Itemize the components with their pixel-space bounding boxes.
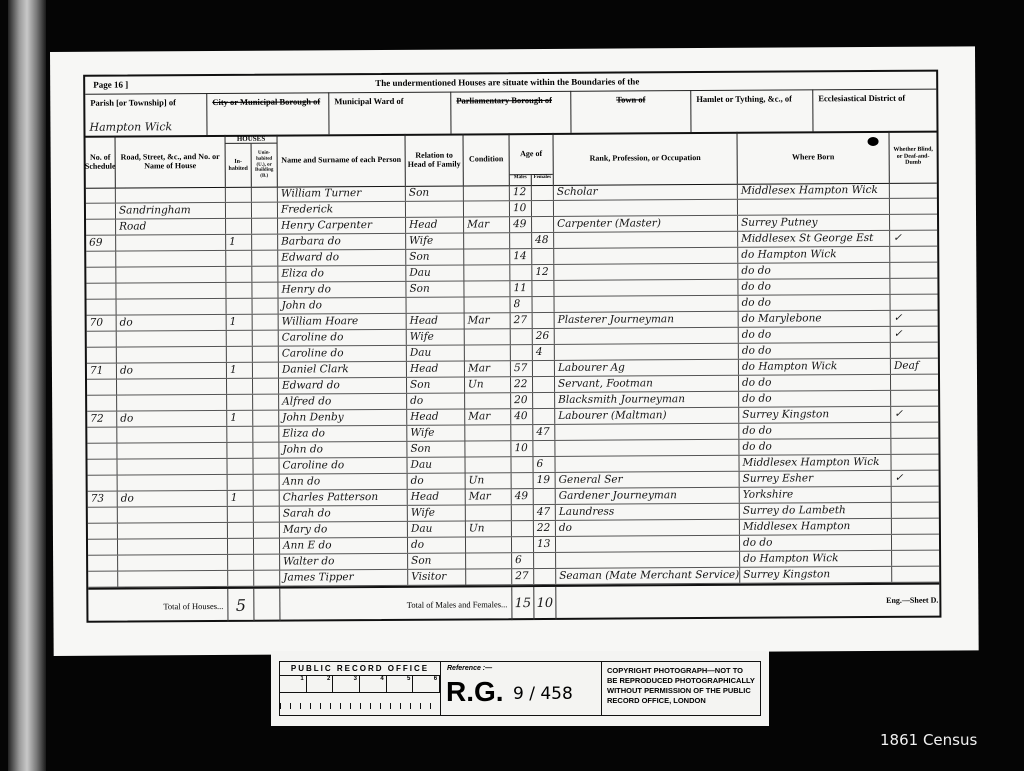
cell-where-born: do do xyxy=(738,263,890,279)
cell-females xyxy=(532,217,554,232)
header-uninhabited: Unin-habited (U.), or Building (B.) xyxy=(252,144,277,187)
cell-road: do xyxy=(118,491,228,507)
header-condition: Condition xyxy=(464,133,510,185)
cell-uninhabited xyxy=(252,203,278,218)
cell-where-born: do Marylebone xyxy=(739,311,891,327)
cell-condition xyxy=(464,249,510,264)
cell-males: 10 xyxy=(510,201,532,216)
cell-males xyxy=(510,233,532,248)
cell-relation: Wife xyxy=(406,233,464,248)
cell-name: Walter do xyxy=(280,554,408,570)
cell-uninhabited xyxy=(253,347,279,362)
cell-blind-deaf xyxy=(890,183,937,198)
cell-relation: Dau xyxy=(407,345,465,360)
cell-inhabited xyxy=(228,539,254,554)
cell-road: do xyxy=(117,411,227,427)
sheet-mark: Eng.—Sheet D. xyxy=(886,596,938,605)
cell-relation: Son xyxy=(406,281,464,296)
cell-relation: Son xyxy=(406,185,464,200)
cell-where-born: Yorkshire xyxy=(740,487,892,503)
cell-uninhabited xyxy=(254,507,280,522)
cell-occupation xyxy=(556,552,740,568)
cell-road xyxy=(117,427,227,443)
cell-condition xyxy=(464,281,510,296)
cell-males xyxy=(511,457,533,472)
cell-occupation: Plasterer Journeyman xyxy=(555,312,739,328)
cell-uninhabited xyxy=(253,299,279,314)
cell-uninhabited xyxy=(254,475,280,490)
cell-relation: Son xyxy=(407,441,465,456)
ink-blot-icon xyxy=(868,137,879,146)
cell-males: 49 xyxy=(510,217,532,232)
cell-blind-deaf xyxy=(890,247,937,262)
cell-occupation xyxy=(554,248,738,264)
cell-name: James Tipper xyxy=(280,570,408,586)
cell-road xyxy=(116,251,226,267)
cell-relation: Son xyxy=(406,249,464,264)
cell-condition xyxy=(464,233,510,248)
cell-condition: Mar xyxy=(465,313,511,328)
cell-females: 47 xyxy=(534,505,556,520)
cell-inhabited xyxy=(228,571,254,586)
cell-road xyxy=(118,475,228,491)
cell-occupation: General Ser xyxy=(556,472,740,488)
cell-uninhabited xyxy=(254,523,280,538)
total-persons-label: Total of Males and Females... xyxy=(280,587,512,621)
cell-occupation: Laundress xyxy=(556,504,740,520)
cell-females xyxy=(534,569,556,584)
cell-schedule: 72 xyxy=(87,412,117,427)
cell-females xyxy=(533,441,555,456)
page-number: Page 16 ] xyxy=(93,80,128,90)
cell-relation: Dau xyxy=(407,457,465,472)
header-schedule: No. of Schedule xyxy=(86,136,116,188)
cell-road xyxy=(116,187,226,203)
cell-schedule xyxy=(86,204,116,219)
cell-road xyxy=(117,347,227,363)
cell-relation: Wife xyxy=(407,425,465,440)
cell-inhabited: 1 xyxy=(227,363,253,378)
cell-where-born: do do xyxy=(739,423,891,439)
cell-inhabited xyxy=(227,299,253,314)
location-ward: Municipal Ward of xyxy=(329,92,451,135)
cell-inhabited: 1 xyxy=(227,315,253,330)
cell-blind-deaf xyxy=(890,215,937,230)
cell-females: 48 xyxy=(532,233,554,248)
cell-blind-deaf xyxy=(892,503,939,518)
cell-occupation xyxy=(555,424,739,440)
cell-occupation xyxy=(555,344,739,360)
cell-relation: Head xyxy=(406,217,464,232)
cell-uninhabited xyxy=(253,395,279,410)
cell-males: 27 xyxy=(512,569,534,584)
cell-condition: Un xyxy=(466,473,512,488)
cell-where-born: Surrey Kingston xyxy=(739,407,891,423)
cell-females: 13 xyxy=(534,537,556,552)
cell-blind-deaf xyxy=(890,279,937,294)
cell-females: 19 xyxy=(534,473,556,488)
cell-schedule xyxy=(87,380,117,395)
location-parish: Parish [or Township] of Hampton Wick xyxy=(85,93,207,136)
cell-condition: Mar xyxy=(465,409,511,424)
census-entries: William TurnerSon12ScholarMiddlesex Hamp… xyxy=(86,183,939,588)
cell-females: 26 xyxy=(533,329,555,344)
cell-inhabited xyxy=(227,395,253,410)
cell-road: do xyxy=(117,315,227,331)
cell-relation: Visitor xyxy=(408,569,466,584)
cell-blind-deaf: Deaf xyxy=(891,359,938,374)
cell-relation: do xyxy=(407,393,465,408)
cell-females: 47 xyxy=(533,425,555,440)
census-form: Page 16 ] The undermentioned Houses are … xyxy=(83,70,941,623)
cell-name: Barbara do xyxy=(278,234,406,250)
cell-where-born: do do xyxy=(738,279,890,295)
cell-schedule: 69 xyxy=(86,236,116,251)
cell-males: 27 xyxy=(511,313,533,328)
cell-name: William Hoare xyxy=(279,314,407,330)
header-where-born: Where Born xyxy=(738,131,890,184)
cell-blind-deaf xyxy=(891,375,938,390)
header-males: Males xyxy=(510,175,532,185)
cell-uninhabited xyxy=(254,571,280,586)
cell-uninhabited xyxy=(253,411,279,426)
cell-females xyxy=(533,377,555,392)
cell-condition: Mar xyxy=(465,361,511,376)
copyright-notice: COPYRIGHT PHOTOGRAPH—NOT TO BE REPRODUCE… xyxy=(602,662,760,715)
cell-blind-deaf xyxy=(891,439,938,454)
cell-occupation: Seaman (Mate Merchant Service) xyxy=(556,568,740,584)
cell-name: William Turner xyxy=(278,186,406,202)
cell-occupation: Labourer (Maltman) xyxy=(555,408,739,424)
cell-relation: Dau xyxy=(406,265,464,280)
cell-uninhabited xyxy=(253,363,279,378)
cell-name: Mary do xyxy=(280,522,408,538)
cell-occupation: Gardener Journeyman xyxy=(556,488,740,504)
cell-where-born: Surrey Putney xyxy=(738,215,890,231)
ruler-scale: 1 2 3 4 5 6 xyxy=(280,675,440,693)
cell-where-born: Middlesex Hampton xyxy=(740,519,892,535)
cell-males: 20 xyxy=(511,393,533,408)
cell-inhabited xyxy=(226,203,252,218)
cell-occupation xyxy=(555,440,739,456)
cell-name: Edward do xyxy=(279,378,407,394)
cell-name: Alfred do xyxy=(279,394,407,410)
cell-name: Caroline do xyxy=(279,346,407,362)
cell-condition xyxy=(466,505,512,520)
cell-females: 4 xyxy=(533,345,555,360)
cell-blind-deaf xyxy=(891,455,938,470)
cell-occupation xyxy=(554,280,738,296)
cell-name: Caroline do xyxy=(279,458,407,474)
cell-where-born: do Hampton Wick xyxy=(740,551,892,567)
cell-where-born xyxy=(738,199,890,215)
cell-occupation xyxy=(554,232,738,248)
cell-uninhabited xyxy=(254,539,280,554)
pro-reference-label: PUBLIC RECORD OFFICE 1 2 3 4 5 6 Referen… xyxy=(271,651,769,726)
cell-where-born: do do xyxy=(739,439,891,455)
cell-males xyxy=(512,521,534,536)
cell-occupation: Servant, Footman xyxy=(555,376,739,392)
cell-inhabited xyxy=(228,555,254,570)
ruler-ticks xyxy=(280,693,440,709)
reference-prefix: R.G. xyxy=(446,676,504,708)
cell-schedule xyxy=(87,332,117,347)
header-houses: HOUSES In-habited Unin-habited (U.), or … xyxy=(226,135,278,187)
cell-blind-deaf xyxy=(891,423,938,438)
cell-name: Ann do xyxy=(280,474,408,490)
cell-relation: Head xyxy=(407,313,465,328)
header-road: Road, Street, &c., and No. or Name of Ho… xyxy=(116,135,226,188)
cell-where-born: do do xyxy=(740,535,892,551)
cell-schedule xyxy=(88,572,118,587)
location-hamlet: Hamlet or Tything, &c., of xyxy=(691,89,813,132)
cell-relation: Wife xyxy=(407,329,465,344)
cell-blind-deaf: ✓ xyxy=(891,311,938,326)
cell-males: 11 xyxy=(510,281,532,296)
cell-inhabited xyxy=(226,251,252,266)
cell-schedule xyxy=(87,444,117,459)
cell-inhabited xyxy=(226,187,252,202)
cell-blind-deaf xyxy=(892,551,939,566)
cell-blind-deaf: ✓ xyxy=(892,471,939,486)
cell-inhabited xyxy=(226,219,252,234)
cell-occupation: Scholar xyxy=(554,184,738,200)
cell-name: Henry Carpenter xyxy=(278,218,406,234)
cell-road xyxy=(117,299,227,315)
cell-where-born: Surrey do Lambeth xyxy=(740,503,892,519)
cell-condition xyxy=(466,553,512,568)
cell-schedule xyxy=(88,476,118,491)
cell-relation: Son xyxy=(408,553,466,568)
cell-inhabited: 1 xyxy=(227,411,253,426)
cell-males: 12 xyxy=(510,185,532,200)
cell-males xyxy=(511,425,533,440)
cell-schedule: 73 xyxy=(88,492,118,507)
cell-females xyxy=(533,313,555,328)
location-town: Town of xyxy=(571,90,691,133)
cell-occupation xyxy=(554,264,738,280)
cell-blind-deaf xyxy=(891,343,938,358)
parish-value: Hampton Wick xyxy=(89,120,172,134)
cell-blind-deaf: ✓ xyxy=(891,407,938,422)
cell-males: 8 xyxy=(511,297,533,312)
cell-males: 22 xyxy=(511,377,533,392)
cell-males xyxy=(512,537,534,552)
cell-relation: do xyxy=(408,473,466,488)
location-ecclesiastical: Ecclesiastical District of xyxy=(813,89,936,132)
cell-inhabited xyxy=(228,507,254,522)
cell-females: 22 xyxy=(534,521,556,536)
cell-blind-deaf: ✓ xyxy=(891,327,938,342)
cell-road xyxy=(117,443,227,459)
cell-name: Eliza do xyxy=(278,266,406,282)
cell-blind-deaf xyxy=(890,199,937,214)
cell-uninhabited xyxy=(253,427,279,442)
cell-relation: Dau xyxy=(408,521,466,536)
cell-occupation: do xyxy=(556,520,740,536)
cell-schedule xyxy=(88,524,118,539)
cell-inhabited xyxy=(226,283,252,298)
cell-road xyxy=(117,459,227,475)
cell-females xyxy=(533,297,555,312)
cell-males xyxy=(511,345,533,360)
cell-uninhabited xyxy=(252,283,278,298)
cell-condition: Un xyxy=(465,377,511,392)
cell-females xyxy=(534,489,556,504)
cell-name: John do xyxy=(279,298,407,314)
cell-condition xyxy=(464,265,510,280)
cell-inhabited xyxy=(227,347,253,362)
cell-where-born: do do xyxy=(739,391,891,407)
cell-where-born: do do xyxy=(739,375,891,391)
cell-relation xyxy=(406,201,464,216)
film-edge-strip xyxy=(8,0,46,771)
cell-females xyxy=(533,409,555,424)
cell-where-born: Middlesex Hampton Wick xyxy=(739,455,891,471)
cell-relation: do xyxy=(408,537,466,552)
cell-name: Daniel Clark xyxy=(279,362,407,378)
cell-schedule xyxy=(87,396,117,411)
cell-condition xyxy=(466,569,512,584)
ruler: PUBLIC RECORD OFFICE 1 2 3 4 5 6 xyxy=(280,662,441,715)
cell-blind-deaf xyxy=(891,391,938,406)
cell-condition xyxy=(464,185,510,200)
cell-relation: Head xyxy=(408,489,466,504)
census-sheet: Page 16 ] The undermentioned Houses are … xyxy=(50,46,979,656)
cell-condition xyxy=(466,537,512,552)
cell-schedule xyxy=(88,540,118,555)
cell-males: 10 xyxy=(511,441,533,456)
cell-condition xyxy=(464,201,510,216)
cell-inhabited xyxy=(227,379,253,394)
reference-label: Reference :— xyxy=(447,665,492,672)
cell-inhabited: 1 xyxy=(228,491,254,506)
cell-condition xyxy=(465,393,511,408)
header-age: Age of Males Females xyxy=(510,133,554,185)
cell-relation: Wife xyxy=(408,505,466,520)
cell-condition xyxy=(465,329,511,344)
cell-females: 6 xyxy=(533,457,555,472)
cell-females xyxy=(533,361,555,376)
cell-males: 40 xyxy=(511,409,533,424)
cell-name: Charles Patterson xyxy=(280,490,408,506)
cell-blind-deaf xyxy=(890,295,937,310)
cell-road xyxy=(116,283,226,299)
cell-males xyxy=(511,329,533,344)
header-blind-deaf: Whether Blind, or Deaf-and-Dumb xyxy=(889,131,936,183)
cell-schedule: 70 xyxy=(87,316,117,331)
cell-blind-deaf xyxy=(892,519,939,534)
location-parliamentary: Parliamentary Borough of xyxy=(451,91,571,134)
cell-blind-deaf: ✓ xyxy=(890,231,937,246)
cell-condition xyxy=(465,297,511,312)
cell-uninhabited xyxy=(252,219,278,234)
cell-name: John do xyxy=(279,442,407,458)
cell-relation: Son xyxy=(407,377,465,392)
location-borough: City or Municipal Borough of xyxy=(207,92,329,135)
cell-where-born: do do xyxy=(739,295,891,311)
cell-name: Caroline do xyxy=(279,330,407,346)
cell-road xyxy=(117,379,227,395)
cell-relation: Head xyxy=(407,361,465,376)
cell-where-born: do Hampton Wick xyxy=(738,247,890,263)
cell-road xyxy=(118,539,228,555)
cell-uninhabited xyxy=(253,443,279,458)
cell-schedule xyxy=(86,268,116,283)
cell-schedule xyxy=(86,284,116,299)
cell-blind-deaf xyxy=(892,487,939,502)
boundary-statement: The undermentioned Houses are situate wi… xyxy=(375,76,639,88)
cell-occupation xyxy=(555,296,739,312)
cell-road xyxy=(116,235,226,251)
cell-uninhabited xyxy=(253,331,279,346)
cell-condition xyxy=(465,441,511,456)
cell-females xyxy=(532,201,554,216)
cell-where-born: do Hampton Wick xyxy=(739,359,891,375)
cell-uninhabited xyxy=(252,251,278,266)
cell-schedule xyxy=(87,300,117,315)
cell-road xyxy=(116,267,226,283)
cell-road xyxy=(118,555,228,571)
cell-males: 57 xyxy=(511,361,533,376)
cell-inhabited xyxy=(227,427,253,442)
cell-road: Sandringham xyxy=(116,203,226,219)
office-name: PUBLIC RECORD OFFICE xyxy=(280,662,440,673)
cell-name: Sarah do xyxy=(280,506,408,522)
cell-where-born: do do xyxy=(739,343,891,359)
cell-condition: Mar xyxy=(464,217,510,232)
cell-name: John Denby xyxy=(279,410,407,426)
cell-name: Ann E do xyxy=(280,538,408,554)
image-caption: 1861 Census xyxy=(880,731,977,749)
cell-schedule xyxy=(86,220,116,235)
cell-uninhabited xyxy=(254,555,280,570)
cell-females xyxy=(532,249,554,264)
cell-uninhabited xyxy=(253,379,279,394)
cell-females: 12 xyxy=(532,265,554,280)
cell-schedule xyxy=(88,508,118,523)
cell-schedule xyxy=(87,460,117,475)
cell-schedule: 71 xyxy=(87,364,117,379)
cell-where-born: Surrey Kingston xyxy=(740,567,892,583)
cell-where-born: Middlesex Hampton Wick xyxy=(738,183,890,199)
cell-inhabited xyxy=(228,475,254,490)
total-houses-label: Total of Houses... xyxy=(88,589,228,623)
header-relation: Relation to Head of Family xyxy=(406,133,464,185)
cell-name: Eliza do xyxy=(279,426,407,442)
cell-schedule xyxy=(86,252,116,267)
total-males: 15 xyxy=(512,587,534,620)
cell-inhabited xyxy=(227,331,253,346)
cell-males xyxy=(512,473,534,488)
cell-road xyxy=(118,507,228,523)
cell-males: 14 xyxy=(510,249,532,264)
totals-row: Total of Houses... 5 Total of Males and … xyxy=(88,583,939,623)
cell-road: Road xyxy=(116,219,226,235)
cell-road xyxy=(118,571,228,587)
cell-females xyxy=(533,393,555,408)
cell-schedule xyxy=(86,188,116,203)
cell-condition xyxy=(465,345,511,360)
cell-blind-deaf xyxy=(890,263,937,278)
cell-females xyxy=(532,281,554,296)
header-name: Name and Surname of each Person xyxy=(278,134,406,187)
cell-condition xyxy=(465,425,511,440)
cell-uninhabited xyxy=(254,491,280,506)
cell-uninhabited xyxy=(252,267,278,282)
cell-males xyxy=(510,265,532,280)
cell-occupation xyxy=(555,328,739,344)
